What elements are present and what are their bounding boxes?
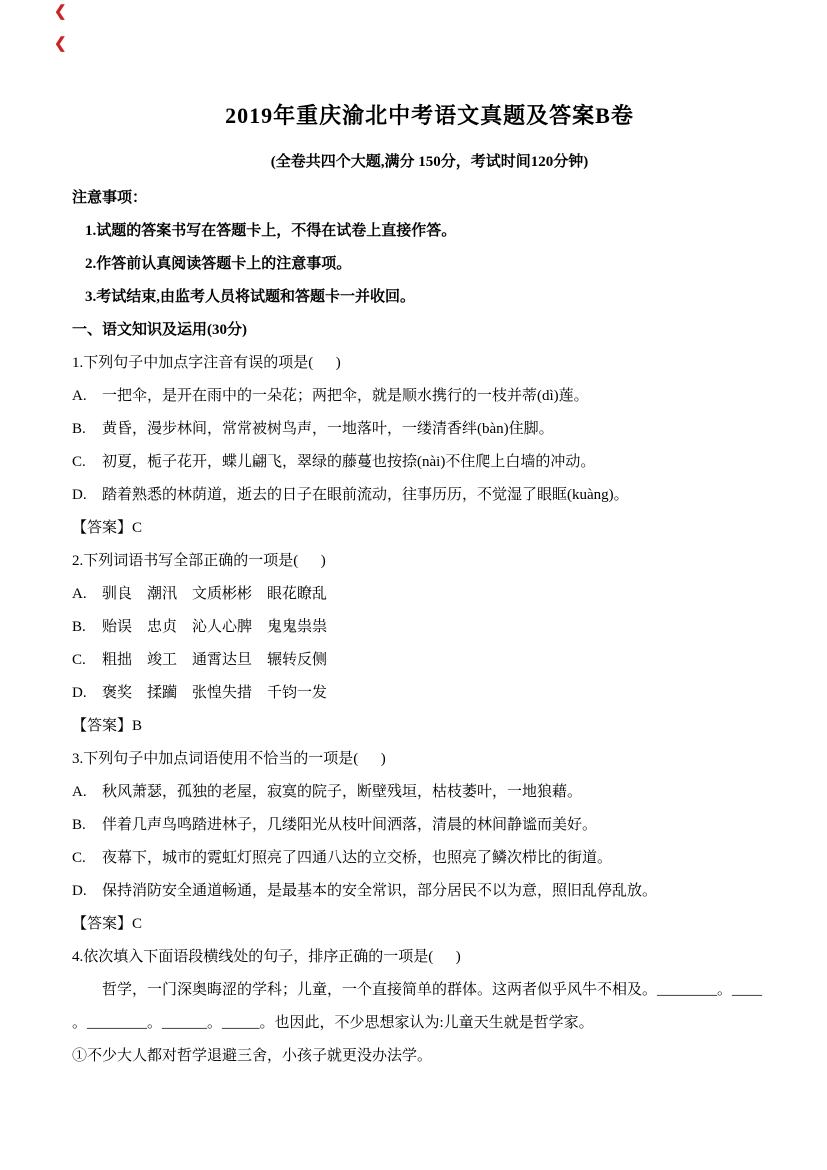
page-subtitle: (全卷共四个大题,满分 150分，考试时间120分钟): [72, 148, 787, 176]
question-1: 1.下列句子中加点字注音有误的项是( ) A. 一把伞，是开在雨中的一朵花；两把…: [72, 347, 787, 545]
option-row-b: B. 贻误 忠贞 沁人心脾 鬼鬼祟祟: [72, 611, 787, 644]
option-label: A.: [72, 578, 102, 611]
question-paragraph-line-1: 哲学，一门深奥晦涩的学科；儿童，一个直接简单的群体。这两者似乎风牛不相及。___…: [72, 974, 787, 1007]
question-stem: 1.下列句子中加点字注音有误的项是( ): [72, 347, 787, 380]
option-text: 驯良 潮汛 文质彬彬 眼花瞭乱: [102, 578, 787, 611]
question-stem: 4.依次填入下面语段横线处的句子，排序正确的一项是( ): [72, 941, 787, 974]
corner-red-marks: ❮ ❮: [54, 4, 78, 68]
option-text: 一把伞，是开在雨中的一朵花；两把伞，就是顺水携行的一枝并蒂(dì)莲。: [102, 380, 787, 413]
question-stem: 2.下列词语书写全部正确的一项是( ): [72, 545, 787, 578]
section-heading: 一、语文知识及运用(30分): [72, 314, 787, 347]
option-label: B.: [72, 809, 102, 842]
option-text: 伴着几声鸟鸣踏进林子，几缕阳光从枝叶间洒落，清晨的林间静谧而美好。: [102, 809, 787, 842]
corner-mark-icon: ❮: [54, 4, 78, 36]
option-text: 秋风萧瑟，孤独的老屋，寂寞的院子，断壁残垣，枯枝萎叶，一地狼藉。: [102, 776, 787, 809]
option-text: 黄昏，漫步林间，常常被树鸟声，一地落叶，一缕清香绊(bàn)住脚。: [102, 413, 787, 446]
option-row-b: B. 伴着几声鸟鸣踏进林子，几缕阳光从枝叶间洒落，清晨的林间静谧而美好。: [72, 809, 787, 842]
exam-document-page: ❮ ❮ 2019年重庆渝北中考语文真题及答案B卷 (全卷共四个大题,满分 150…: [0, 0, 827, 1170]
option-row-a: A. 一把伞，是开在雨中的一朵花；两把伞，就是顺水携行的一枝并蒂(dì)莲。: [72, 380, 787, 413]
option-label: A.: [72, 380, 102, 413]
option-label: B.: [72, 413, 102, 446]
notices-heading: 注意事项：: [72, 182, 787, 215]
answer-line: 【答案】C: [72, 908, 787, 941]
question-paragraph-line-2: 。________。______。_____。也因此，不少思想家认为:儿童天生就…: [72, 1007, 787, 1040]
option-row-a: A. 驯良 潮汛 文质彬彬 眼花瞭乱: [72, 578, 787, 611]
question-2: 2.下列词语书写全部正确的一项是( ) A. 驯良 潮汛 文质彬彬 眼花瞭乱 B…: [72, 545, 787, 743]
option-row-c: C. 夜幕下，城市的霓虹灯照亮了四通八达的立交桥，也照亮了鳞次栉比的街道。: [72, 842, 787, 875]
notice-item-2: 2.作答前认真阅读答题卡上的注意事项。: [72, 248, 787, 281]
option-label: C.: [72, 644, 102, 677]
option-text: 保持消防安全通道畅通，是最基本的安全常识，部分居民不以为意，照旧乱停乱放。: [102, 875, 787, 908]
notice-item-1: 1.试题的答案书写在答题卡上，不得在试卷上直接作答。: [72, 215, 787, 248]
option-row-d: D. 保持消防安全通道畅通，是最基本的安全常识，部分居民不以为意，照旧乱停乱放。: [72, 875, 787, 908]
option-text: 粗拙 竣工 通霄达旦 辗转反侧: [102, 644, 787, 677]
option-label: D.: [72, 677, 102, 710]
notice-item-3: 3.考试结束,由监考人员将试题和答题卡一并收回。: [72, 281, 787, 314]
option-label: D.: [72, 875, 102, 908]
option-text: 夜幕下，城市的霓虹灯照亮了四通八达的立交桥，也照亮了鳞次栉比的街道。: [102, 842, 787, 875]
option-label: C.: [72, 842, 102, 875]
question-4: 4.依次填入下面语段横线处的句子，排序正确的一项是( ) 哲学，一门深奥晦涩的学…: [72, 941, 787, 1073]
option-row-a: A. 秋风萧瑟，孤独的老屋，寂寞的院子，断壁残垣，枯枝萎叶，一地狼藉。: [72, 776, 787, 809]
option-text: 褒奖 揉躏 张惶失措 千钧一发: [102, 677, 787, 710]
option-label: B.: [72, 611, 102, 644]
option-row-d: D. 褒奖 揉躏 张惶失措 千钧一发: [72, 677, 787, 710]
document-content: 2019年重庆渝北中考语文真题及答案B卷 (全卷共四个大题,满分 150分，考试…: [0, 0, 827, 1073]
answer-line: 【答案】B: [72, 710, 787, 743]
question-stem: 3.下列句子中加点词语使用不恰当的一项是( ): [72, 743, 787, 776]
option-label: A.: [72, 776, 102, 809]
option-text: 贻误 忠贞 沁人心脾 鬼鬼祟祟: [102, 611, 787, 644]
option-text: 初夏，栀子花开，蝶儿翩飞，翠绿的藤蔓也按捺(nài)不住爬上白墙的冲动。: [102, 446, 787, 479]
option-row-c: C. 初夏，栀子花开，蝶儿翩飞，翠绿的藤蔓也按捺(nài)不住爬上白墙的冲动。: [72, 446, 787, 479]
option-label: C.: [72, 446, 102, 479]
notices-block: 注意事项： 1.试题的答案书写在答题卡上，不得在试卷上直接作答。 2.作答前认真…: [72, 182, 787, 314]
option-row-b: B. 黄昏，漫步林间，常常被树鸟声，一地落叶，一缕清香绊(bàn)住脚。: [72, 413, 787, 446]
option-label: D.: [72, 479, 102, 512]
option-row-c: C. 粗拙 竣工 通霄达旦 辗转反侧: [72, 644, 787, 677]
page-title: 2019年重庆渝北中考语文真题及答案B卷: [72, 98, 787, 134]
question-3: 3.下列句子中加点词语使用不恰当的一项是( ) A. 秋风萧瑟，孤独的老屋，寂寞…: [72, 743, 787, 941]
question-footnote: ①不少大人都对哲学退避三舍，小孩子就更没办法学。: [72, 1040, 787, 1073]
answer-line: 【答案】C: [72, 512, 787, 545]
corner-mark-icon: ❮: [54, 36, 78, 68]
option-text: 踏着熟悉的林荫道，逝去的日子在眼前流动，往事历历，不觉湿了眼眶(kuàng)。: [102, 479, 787, 512]
option-row-d: D. 踏着熟悉的林荫道，逝去的日子在眼前流动，往事历历，不觉湿了眼眶(kuàng…: [72, 479, 787, 512]
